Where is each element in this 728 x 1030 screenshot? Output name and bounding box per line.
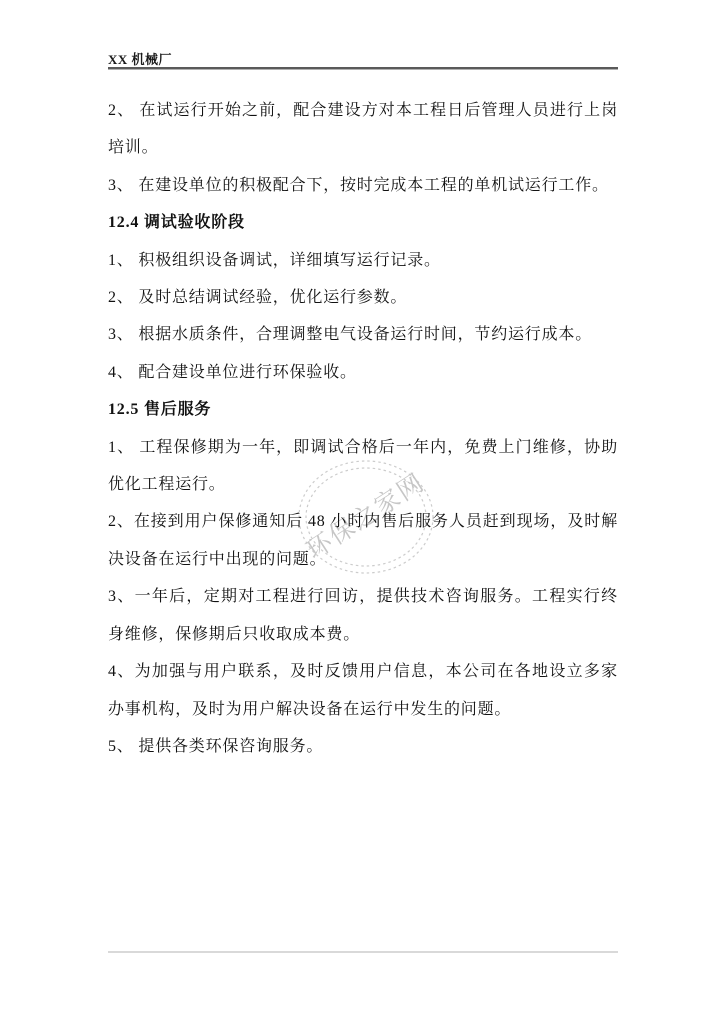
- body-paragraph: 3、 在建设单位的积极配合下，按时完成本工程的单机试运行工作。: [108, 167, 618, 204]
- company-name: XX 机械厂: [108, 52, 172, 67]
- section-heading: 12.4 调试验收阶段: [108, 204, 618, 241]
- body-paragraph: 5、 提供各类环保咨询服务。: [108, 728, 618, 765]
- body-paragraph: 3、 根据水质条件，合理调整电气设备运行时间，节约运行成本。: [108, 316, 618, 353]
- body-paragraph: 1、 积极组织设备调试，详细填写运行记录。: [108, 242, 618, 279]
- section-heading: 12.5 售后服务: [108, 391, 618, 428]
- page: XX 机械厂 环保之家网 2、 在试运行开始之前，配合建设方对本工程日后管理人员…: [0, 0, 728, 1030]
- document-body: 2、 在试运行开始之前，配合建设方对本工程日后管理人员进行上岗培训。3、 在建设…: [108, 92, 618, 765]
- body-paragraph: 1、 工程保修期为一年，即调试合格后一年内，免费上门维修，协助优化工程运行。: [108, 429, 618, 504]
- footer-rule: [108, 951, 618, 953]
- body-paragraph: 2、 及时总结调试经验，优化运行参数。: [108, 279, 618, 316]
- body-paragraph: 4、 配合建设单位进行环保验收。: [108, 354, 618, 391]
- body-paragraph: 3、一年后，定期对工程进行回访，提供技术咨询服务。工程实行终身维修，保修期后只收…: [108, 578, 618, 653]
- body-paragraph: 2、 在试运行开始之前，配合建设方对本工程日后管理人员进行上岗培训。: [108, 92, 618, 167]
- page-header: XX 机械厂: [108, 49, 618, 67]
- body-paragraph: 2、在接到用户保修通知后 48 小时内售后服务人员赶到现场，及时解决设备在运行中…: [108, 503, 618, 578]
- body-paragraph: 4、为加强与用户联系，及时反馈用户信息，本公司在各地设立多家办事机构，及时为用户…: [108, 653, 618, 728]
- header-rule: [108, 67, 618, 70]
